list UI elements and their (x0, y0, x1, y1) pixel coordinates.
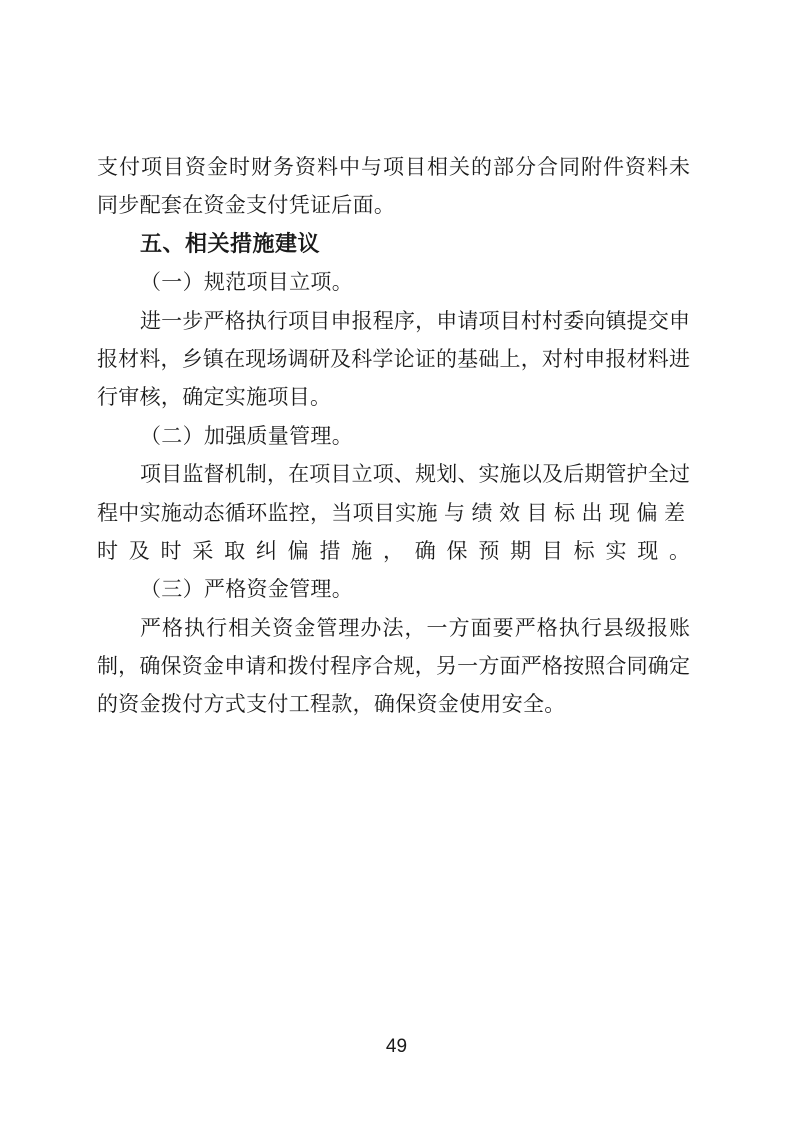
text-line: 严格执行相关资金管理办法，一方面要严格执行县级报账 (97, 609, 690, 647)
text-line: 进一步严格执行项目申报程序，申请项目村村委向镇提交申 (97, 302, 690, 340)
document-page: 支付项目资金时财务资料中与项目相关的部分合同附件资料未 同步配套在资金支付凭证后… (0, 0, 793, 1122)
subsection-heading: （二）加强质量管理。 (97, 417, 690, 455)
page-number: 49 (0, 1036, 793, 1058)
text-segment-justified: 施与绩效目标出现偏差 (417, 501, 692, 525)
text-segment: 程中实施动态循环监控，当项目实 (97, 501, 417, 525)
text-line: 制，确保资金申请和拨付程序合规，另一方面严格按照合同确定 (97, 647, 690, 685)
subsection-heading: （三）严格资金管理。 (97, 570, 690, 608)
text-line: 报材料，乡镇在现场调研及科学论证的基础上，对村申报材料进 (97, 340, 690, 378)
text-line: 行审核，确定实施项目。 (97, 378, 690, 416)
section-heading: 五、相关措施建议 (97, 225, 690, 263)
text-line: 程中实施动态循环监控，当项目实施与绩效目标出现偏差 (97, 494, 690, 532)
text-block: 支付项目资金时财务资料中与项目相关的部分合同附件资料未 同步配套在资金支付凭证后… (97, 148, 690, 724)
text-line: 项目监督机制，在项目立项、规划、实施以及后期管护全过 (97, 455, 690, 493)
text-line: 时及时采取纠偏措施，确保预期目标实现。 (97, 532, 690, 570)
subsection-heading: （一）规范项目立项。 (97, 263, 690, 301)
text-line: 支付项目资金时财务资料中与项目相关的部分合同附件资料未 (97, 148, 690, 186)
text-line: 的资金拨付方式支付工程款，确保资金使用安全。 (97, 685, 690, 723)
text-line: 同步配套在资金支付凭证后面。 (97, 186, 690, 224)
